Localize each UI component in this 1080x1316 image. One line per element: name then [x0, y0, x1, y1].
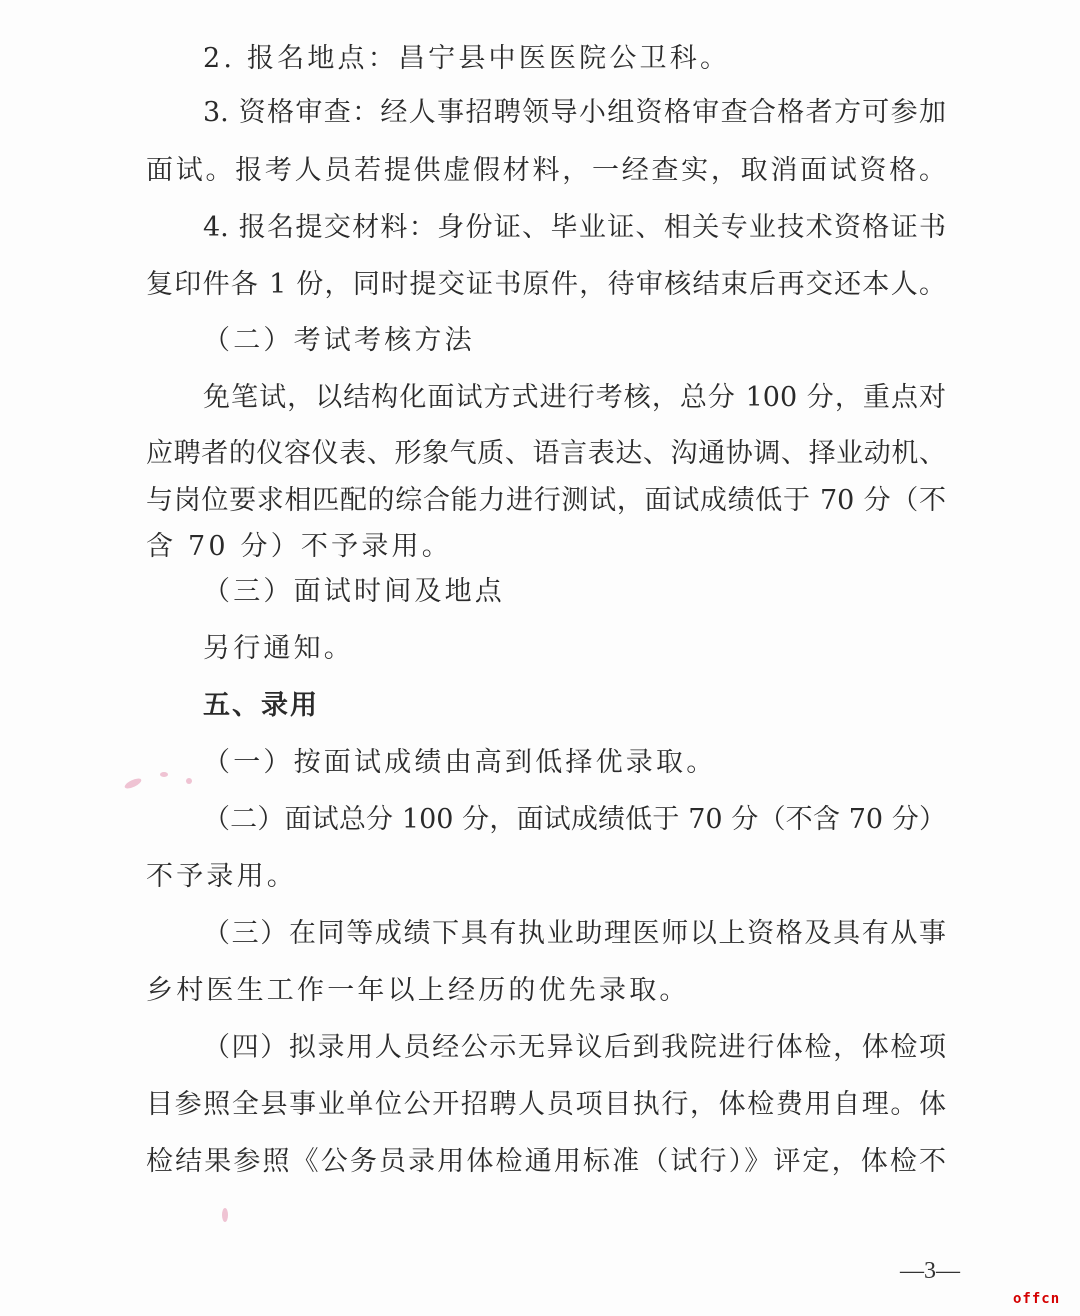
section-heading: 五、录用 — [203, 689, 1003, 723]
text-line: （一）按面试成绩由高到低择优录取。 — [203, 746, 1003, 780]
text-line: 检结果参照《公务员录用体检通用标准（试行）》评定，体检不 — [146, 1145, 946, 1179]
text-line: 目参照全县事业单位公开招聘人员项目执行，体检费用自理。体 — [146, 1088, 946, 1122]
text-line: 乡村医生工作一年以上经历的优先录取。 — [146, 974, 946, 1008]
page-number: —3— — [900, 1258, 960, 1285]
text-line: 复印件各 1 份，同时提交证书原件，待审核结束后再交还本人。 — [146, 268, 946, 302]
stamp-residue — [186, 778, 192, 784]
text-line: （三）面试时间及地点 — [203, 575, 1003, 609]
text-line: 应聘者的仪容仪表、形象气质、语言表达、沟通协调、择业动机、 — [146, 437, 946, 471]
text-line: 2. 报名地点：昌宁县中医医院公卫科。 — [203, 42, 1003, 76]
watermark-logo: offcn — [1013, 1291, 1060, 1307]
text-line: 免笔试，以结构化面试方式进行考核，总分 100 分，重点对 — [203, 381, 946, 415]
text-line: 含 70 分）不予录用。 — [146, 530, 946, 564]
text-line: （三）在同等成绩下具有执业助理医师以上资格及具有从事 — [203, 917, 946, 951]
text-line: 4. 报名提交材料：身份证、毕业证、相关专业技术资格证书 — [203, 211, 946, 245]
text-line: 另行通知。 — [203, 632, 1003, 666]
text-line: 面试。报考人员若提供虚假材料，一经查实，取消面试资格。 — [146, 154, 946, 188]
text-line: 与岗位要求相匹配的综合能力进行测试，面试成绩低于 70 分（不 — [146, 484, 946, 518]
text-line: （二）考试考核方法 — [203, 324, 1003, 358]
stamp-residue — [160, 772, 168, 777]
text-line: 不予录用。 — [146, 860, 946, 894]
text-line: （二）面试总分 100 分，面试成绩低于 70 分（不含 70 分） — [203, 803, 946, 837]
stamp-residue — [123, 777, 142, 791]
text-line: （四）拟录用人员经公示无异议后到我院进行体检，体检项 — [203, 1031, 946, 1065]
text-line: 3. 资格审查：经人事招聘领导小组资格审查合格者方可参加 — [203, 96, 946, 130]
stamp-residue — [222, 1208, 228, 1222]
